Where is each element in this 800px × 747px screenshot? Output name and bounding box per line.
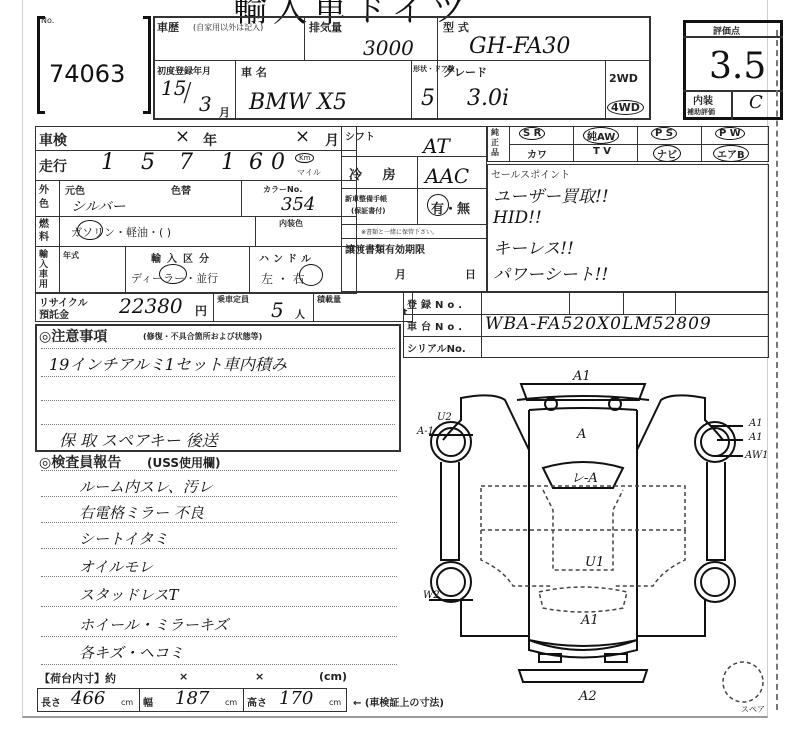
width-value: 187 [175,688,209,709]
grade-value: 3.0i [467,86,509,111]
inspector-line-1: ルーム内スレ、汚レ [79,476,213,497]
notes-sub-label: (修復・不具合箇所および状態等) [143,331,262,342]
car-name-label: 車 名 [241,64,267,80]
note-line-4: 保 取 スペアキー 後送 [59,428,218,451]
equip-navi: ナビ [653,145,681,162]
inspector-line-7: 各キズ・ヘコミ [79,642,184,663]
ac-label: 冷 房 [349,164,404,183]
import-selected-circle [159,264,187,284]
doc-month: 月 [395,266,406,282]
chassis-no-label: 車台No. [407,318,466,333]
month-unit-2: 月 [325,130,339,150]
car-name-value: BMW X5 [249,90,347,115]
sales-points-label: セールスポイント [491,166,570,181]
history-label: 車歴 [157,19,179,35]
equip-tv: T V [593,146,611,157]
displacement-label: 排気量 [309,19,342,35]
shift-label: シフト [345,128,375,143]
mileage-digit-2: 5 [141,150,155,175]
capacity-label: 乗車定員 [217,294,249,305]
drive-4wd-selected: 4WD [607,100,644,115]
length-cm: cm [121,698,133,707]
width-cm: cm [225,698,237,707]
interior-sub-label: 補助評価 [687,107,715,117]
inspector-line-2: 右電格ミラー 不良 [79,502,204,523]
lot-no-label: No. [41,16,54,25]
repaint-color-label: 色替 [171,182,191,197]
sales-point-2: HID!! [493,208,542,228]
sales-point-1: ユーザー買取!! [493,182,609,207]
mileage-digit-5: 6 [249,150,263,175]
serial-no-label: シリアルNo. [407,340,466,355]
mileage-digit-1: 1 [101,150,115,175]
inspector-line-4: オイルモレ [79,556,153,577]
month-unit: 月 [219,104,230,120]
length-value: 466 [71,688,105,709]
handle-options: 左 ・ 右 [261,270,305,287]
manual-sub-label: (保証書付) [351,206,385,216]
recycle-unit: 円 [195,302,207,319]
mileage-unit-mile: マイル [297,167,321,178]
import-label: 輸入車用 [39,250,51,290]
inspector-sub-label: (USS使用欄) [147,454,220,471]
fuel-selected-circle [77,220,103,240]
shaken-year: × [175,126,190,147]
lot-number: 74063 [49,60,125,88]
handle-label: ハンドル [259,250,315,265]
height-value: 170 [279,688,313,709]
length-label: 長さ [41,694,61,709]
height-cm: cm [329,698,341,707]
equipment-label: 純正品 [491,128,501,158]
mileage-digit-6: 0 [271,150,285,175]
note-line-1: 19インチアルミ1セット車内積み [49,352,287,375]
mark-left-2: A-1 [416,426,434,437]
ac-value: AAC [425,164,469,188]
inspector-label: ◎検査員報告 [39,452,121,472]
score-value: 3.5 [709,46,766,87]
mark-rear-gate: A1 [580,613,599,628]
mark-rear-bumper: A2 [578,689,597,704]
exterior-color-label: 外色 [39,184,51,212]
manual-selected-circle [427,194,449,216]
mark-left-rear: W2 [423,590,440,601]
interior-label: 内装 [693,92,713,107]
grade-label: グレード [443,64,487,80]
original-color-label: 元色 [65,182,85,197]
recycle-value: 22380 [119,294,183,318]
interior-score: C [749,92,763,113]
mark-hood: A [576,427,586,442]
original-color-value: シルバー [71,196,126,216]
cargo-unit: (cm) [319,670,347,683]
color-code-value: 354 [281,194,315,215]
shaken-month: × [295,126,310,147]
mark-right-3: AW1 [744,450,768,461]
notes-label: ◎注意事項 [39,326,107,346]
history-note: (自家用以外は記入) [193,22,263,33]
cargo-label: 【荷台内寸】約 [39,670,116,686]
doc-day: 日 [465,266,476,282]
displacement-value: 3000 [363,36,414,60]
shaken-label: 車検 [39,130,67,150]
capacity-value: 5 [271,298,284,322]
mark-roof: U1 [585,555,604,570]
mark-front-bumper: A1 [572,369,591,384]
capacity-unit: 人 [295,306,305,321]
mark-right-2: A1 [748,432,763,443]
sales-point-3: キーレス!! [493,234,574,259]
sales-point-4: パワーシート!! [493,260,608,285]
inspector-line-3: シートイタミ [79,528,168,549]
mileage-label: 走行 [39,156,67,176]
mark-right-1: A1 [748,418,763,429]
mileage-digit-4: 1 [221,150,235,175]
inspector-line-5: スタッドレスT [79,584,179,605]
drive-2wd: 2WD [609,72,638,85]
chassis-no-value: WBA-FA520X0LM52809 [485,314,712,334]
height-label: 高さ [247,694,267,709]
reg-no-label: 登録No. [407,296,466,311]
model-code-value: GH-FA30 [469,34,570,59]
cargo-x1: × [179,670,188,683]
equip-leather: カワ [527,146,547,161]
inspector-line-6: ホイール・ミラーキズ [79,614,228,635]
import-type-label: 輸入区分 [151,250,215,265]
equip-ps: P S [651,127,677,140]
spare-label: スペア [741,704,765,715]
mark-left-1: U2 [437,412,452,423]
model-code-label: 型 式 [443,19,469,35]
mileage-digit-3: 7 [179,150,193,175]
car-damage-diagram: A1 A レ-A U1 U2 A-1 W2 A1 A1 AW1 A1 A2 [413,360,773,716]
import-year-label: 年式 [63,250,79,261]
equip-aw: 純AW [583,127,619,144]
doc-expiry-label: 譲渡書類有効期限 [345,241,425,256]
first-reg-month: 3 [199,92,212,116]
manual-label: 新車整備手帳 [345,194,387,204]
handle-selected-circle [299,264,323,286]
doors-value: 5 [421,86,435,111]
auction-sheet: 輸入車ドイツ No. 74063 車歴 (自家用以外は記入) 排気量 3000 … [22,0,768,718]
fuel-label: 燃料 [39,218,51,244]
equip-pw: P W [715,127,745,140]
manual-note: ※書類と一緒に保管下さい。 [361,227,438,236]
recycle-label-2: 預託金 [39,306,69,321]
cargo-x2: × [255,670,264,683]
load-label: 積載量 [317,294,341,305]
shift-value: AT [423,134,450,158]
equip-airbag: エアB [713,145,749,162]
score-label: 評価点 [713,24,740,37]
year-unit: 年 [203,130,217,150]
perforation-edge [776,30,780,710]
mark-windshield: レ-A [571,471,598,486]
width-label: 幅 [143,694,153,709]
interior-color-label: 内装色 [279,218,303,229]
